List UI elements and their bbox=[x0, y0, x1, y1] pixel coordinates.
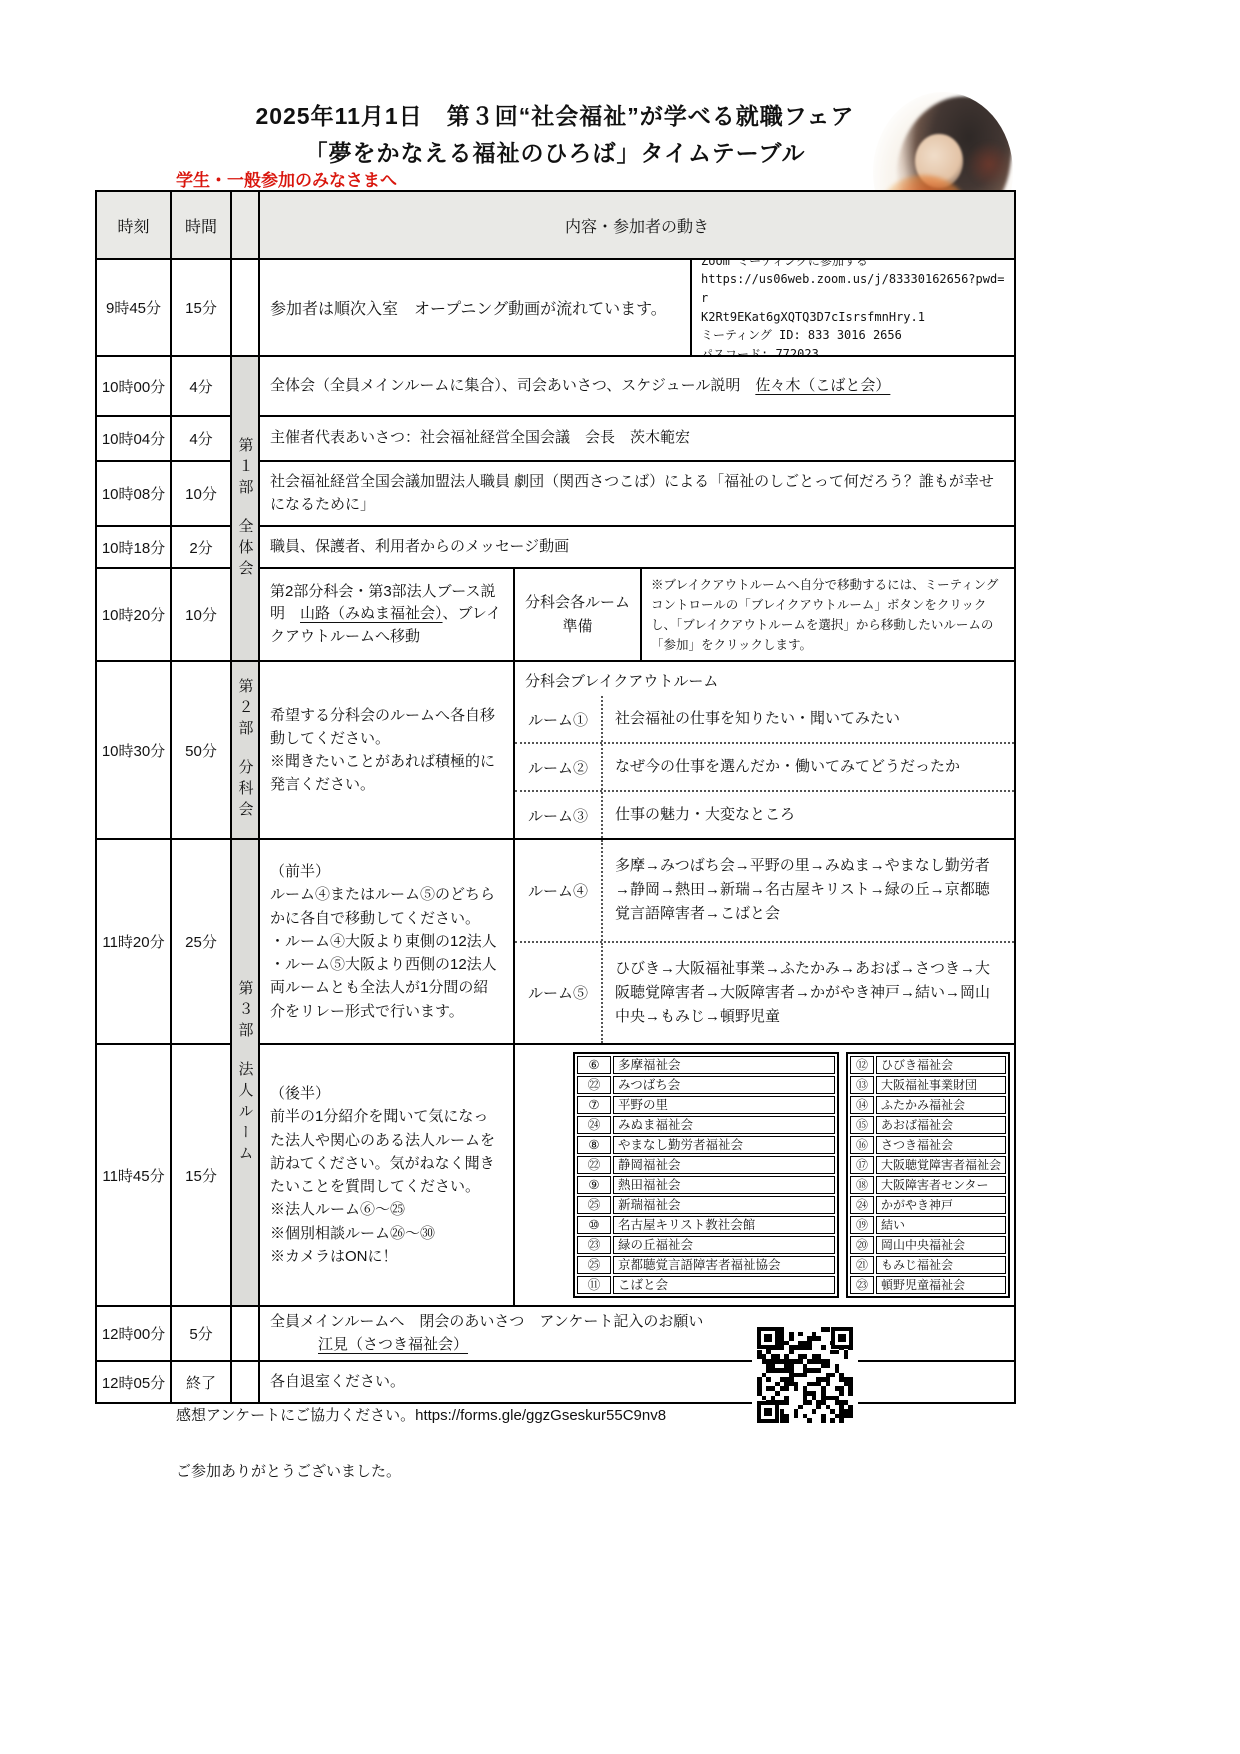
breakout-room-topic: 仕事の魅力・大変なところ bbox=[603, 792, 1014, 838]
portrait-red-splash bbox=[968, 140, 1010, 188]
org-room-table-left: ⑥ 多摩福祉会 ㉒ みつばち会 ⑦ 平野の里 bbox=[573, 1052, 839, 1298]
row-1030-text-line: 希望する分科会のルームへ各自移動してください。 bbox=[270, 704, 503, 751]
org-room-number: ㉓ bbox=[850, 1276, 874, 1294]
row-1200-duration: 5分 bbox=[172, 1307, 232, 1362]
org-room-list-right: ⑫ ひびき福祉会 ⑬ 大阪福祉事業財団 ⑭ ふたかみ福祉会 bbox=[850, 1056, 1006, 1294]
org-room-number: ㉕ bbox=[577, 1196, 611, 1214]
org-room-name: 岡山中央福祉会 bbox=[876, 1236, 1006, 1254]
relay-room-label: ルーム④ bbox=[515, 840, 603, 941]
row-0945-time: 9時45分 bbox=[97, 260, 172, 357]
row-1000-content: 全体会（全員メインルームに集合）、司会あいさつ、スケジュール説明 佐々木（こばと… bbox=[260, 357, 1014, 417]
row-1205-time: 12時05分 bbox=[97, 1362, 172, 1402]
breakout-room-row: ルーム② なぜ今の仕事を選んだか・働いてみてどうだったか bbox=[515, 742, 1014, 790]
org-room-number: ⑳ bbox=[850, 1236, 874, 1254]
row-1145-text-line: （後半） bbox=[270, 1082, 503, 1105]
row-1205-duration: 終了 bbox=[172, 1362, 232, 1402]
org-room-row: ㉕ 京都聴覚言語障害者福祉協会 bbox=[577, 1256, 835, 1274]
org-room-number: ㉓ bbox=[577, 1236, 611, 1254]
org-room-number: ⑮ bbox=[850, 1116, 874, 1134]
timetable-table: 時刻 時間 内容・参加者の動き 9時45分 15分 参加者は順次入室 オープニン… bbox=[95, 190, 1016, 1404]
relay-room-order: ひびき→大阪福祉事業→ふたかみ→あおば→さつき→大阪聴覚障害者→大阪障害者→かが… bbox=[603, 943, 1014, 1044]
org-room-name: やまなし勤労者福祉会 bbox=[613, 1136, 835, 1154]
survey-url-link[interactable]: https://forms.gle/ggzGseskur55C9nv8 bbox=[415, 1407, 666, 1424]
breakout-rooms-header: 分科会ブレイクアウトルーム bbox=[515, 662, 1014, 696]
row-0945-text: 参加者は順次入室 オープニング動画が流れています。 bbox=[260, 260, 690, 355]
org-room-row: ⑳ 岡山中央福祉会 bbox=[850, 1236, 1006, 1254]
row-1120-duration: 25分 bbox=[172, 840, 232, 1045]
org-room-number: ⑨ bbox=[577, 1176, 611, 1194]
org-room-name: 結い bbox=[876, 1216, 1006, 1234]
org-room-row: ⑦ 平野の里 bbox=[577, 1096, 835, 1114]
zoom-meeting-info: Zoom ミーティングに参加する https://us06web.zoom.us… bbox=[690, 260, 1014, 355]
org-room-number: ㉒ bbox=[577, 1076, 611, 1094]
org-room-number: ⑦ bbox=[577, 1096, 611, 1114]
org-room-row: ⑲ 結い bbox=[850, 1216, 1006, 1234]
row-1020-presenter: 山路（みぬま福祉会） bbox=[300, 605, 443, 622]
section-part2-number: 第２部 bbox=[235, 678, 256, 741]
org-room-name: さつき福祉会 bbox=[876, 1136, 1006, 1154]
breakout-room-label: ルーム③ bbox=[515, 792, 603, 838]
org-room-name: 静岡福祉会 bbox=[613, 1156, 835, 1174]
row-1145-text-line: ※法人ルーム⑥～㉕ bbox=[270, 1198, 503, 1221]
column-header-time: 時刻 bbox=[97, 192, 172, 260]
column-header-section bbox=[232, 192, 260, 260]
org-room-table-right: ⑫ ひびき福祉会 ⑬ 大阪福祉事業財団 ⑭ ふたかみ福祉会 bbox=[846, 1052, 1010, 1298]
org-room-number: ⑯ bbox=[850, 1136, 874, 1154]
audience-note: 学生・一般参加のみなさまへ bbox=[176, 166, 397, 191]
org-room-name: 新瑞福祉会 bbox=[613, 1196, 835, 1214]
org-room-row: ⑥ 多摩福祉会 bbox=[577, 1056, 835, 1074]
org-room-name: 京都聴覚言語障害者福祉協会 bbox=[613, 1256, 835, 1274]
relay-room-label: ルーム⑤ bbox=[515, 943, 603, 1044]
row-1018-time: 10時18分 bbox=[97, 527, 172, 569]
row-1008-duration: 10分 bbox=[172, 462, 232, 527]
org-room-name: 平野の里 bbox=[613, 1096, 835, 1114]
row-1018-content: 職員、保護者、利用者からのメッセージ動画 bbox=[260, 527, 1014, 569]
org-room-row: ㉒ みつばち会 bbox=[577, 1076, 835, 1094]
org-room-number: ⑪ bbox=[577, 1276, 611, 1294]
breakout-instruction-note: ※ブレイクアウトルームへ自分で移動するには、ミーティングコントロールの「ブレイク… bbox=[642, 569, 1014, 662]
org-room-number: ㉔ bbox=[577, 1116, 611, 1134]
org-room-number: ⑱ bbox=[850, 1176, 874, 1194]
row-1000-text: 全体会（全員メインルームに集合）、司会あいさつ、スケジュール説明 bbox=[270, 377, 755, 394]
row-1145-text-line: ※カメラはONに！ bbox=[270, 1245, 503, 1268]
org-room-name: ひびき福祉会 bbox=[876, 1056, 1006, 1074]
row-1120-text-line: ・ルーム⑤大阪より西側の12法人 bbox=[270, 953, 503, 976]
org-room-name: あおば福祉会 bbox=[876, 1116, 1006, 1134]
row-1020-room-prep: 分科会各ルーム準備 bbox=[515, 569, 642, 662]
row-0945-content: 参加者は順次入室 オープニング動画が流れています。 Zoom ミーティングに参加… bbox=[260, 260, 1014, 357]
org-room-name: みぬま福祉会 bbox=[613, 1116, 835, 1134]
row-1205-section-spacer bbox=[232, 1362, 260, 1402]
relay-room-row: ルーム⑤ ひびき→大阪福祉事業→ふたかみ→あおば→さつき→大阪聴覚障害者→大阪障… bbox=[515, 941, 1014, 1044]
row-1030-duration: 50分 bbox=[172, 662, 232, 840]
qr-pattern bbox=[757, 1327, 853, 1423]
org-room-name: 頓野児童福祉会 bbox=[876, 1276, 1006, 1294]
org-room-row: ㉒ 静岡福祉会 bbox=[577, 1156, 835, 1174]
section-part3-number: 第３部 bbox=[235, 980, 256, 1043]
org-room-name: 名古屋キリスト教社会館 bbox=[613, 1216, 835, 1234]
org-room-name: 熱田福祉会 bbox=[613, 1176, 835, 1194]
row-1030-time: 10時30分 bbox=[97, 662, 172, 840]
qr-finder-top-left bbox=[757, 1327, 779, 1349]
org-room-row: ㉕ 新瑞福祉会 bbox=[577, 1196, 835, 1214]
org-room-row: ⑰ 大阪聴覚障害者福祉会 bbox=[850, 1156, 1006, 1174]
org-room-number: ㉒ bbox=[577, 1156, 611, 1174]
org-room-number: ㉑ bbox=[850, 1256, 874, 1274]
zoom-meeting-url-line2[interactable]: K2Rt9EKat6gXQTQ3D7cIsrsfmnHry.1 bbox=[701, 308, 1005, 327]
org-room-number: ⑭ bbox=[850, 1096, 874, 1114]
row-1200-time: 12時00分 bbox=[97, 1307, 172, 1362]
relay-rooms-block: ルーム④ 多摩→みつばち会→平野の里→みぬま→やまなし勤労者→静岡→熱田→新瑞→… bbox=[515, 840, 1014, 1045]
breakout-room-topic: なぜ今の仕事を選んだか・働いてみてどうだったか bbox=[603, 744, 1014, 790]
row-1008-time: 10時08分 bbox=[97, 462, 172, 527]
row-1200-section-spacer bbox=[232, 1307, 260, 1362]
org-room-number: ㉕ bbox=[577, 1256, 611, 1274]
section-label-part2: 第２部 分科会 bbox=[232, 662, 260, 840]
row-1200-text: 全員メインルームへ 閉会のあいさつ アンケート記入のお願い bbox=[270, 1311, 1004, 1334]
relay-room-row: ルーム④ 多摩→みつばち会→平野の里→みぬま→やまなし勤労者→静岡→熱田→新瑞→… bbox=[515, 840, 1014, 941]
section-label-part1: 第１部 全体会 bbox=[232, 357, 260, 662]
row-1000-duration: 4分 bbox=[172, 357, 232, 417]
org-room-name: かがやき神戸 bbox=[876, 1196, 1006, 1214]
qr-finder-bottom-left bbox=[757, 1401, 779, 1423]
breakout-room-label: ルーム① bbox=[515, 696, 603, 742]
survey-footer-line: 感想アンケートにご協力ください。https://forms.gle/ggzGse… bbox=[176, 1404, 666, 1425]
org-room-name: もみじ福祉会 bbox=[876, 1256, 1006, 1274]
breakout-rooms-block: 分科会ブレイクアウトルーム ルーム① 社会福祉の仕事を知りたい・聞いてみたい ル… bbox=[515, 662, 1014, 840]
org-room-row: ⑨ 熱田福祉会 bbox=[577, 1176, 835, 1194]
column-header-duration: 時間 bbox=[172, 192, 232, 260]
thanks-footer-line: ご参加ありがとうございました。 bbox=[176, 1460, 401, 1481]
org-room-number: ⑲ bbox=[850, 1216, 874, 1234]
row-1020-time: 10時20分 bbox=[97, 569, 172, 662]
org-room-row: ⑧ やまなし勤労者福祉会 bbox=[577, 1136, 835, 1154]
row-1200-content: 全員メインルームへ 閉会のあいさつ アンケート記入のお願い 江見（さつき福祉会） bbox=[260, 1307, 1014, 1362]
org-room-row: ⑱ 大阪障害者センター bbox=[850, 1176, 1006, 1194]
row-1200-presenter: 江見（さつき福祉会） bbox=[318, 1336, 468, 1353]
row-1205-content: 各自退室ください。 bbox=[260, 1362, 1014, 1402]
org-room-row: ⑩ 名古屋キリスト教社会館 bbox=[577, 1216, 835, 1234]
row-1120-time: 11時20分 bbox=[97, 840, 172, 1045]
row-1120-text-line: （前半） bbox=[270, 860, 503, 883]
org-room-name: みつばち会 bbox=[613, 1076, 835, 1094]
org-room-number: ⑬ bbox=[850, 1076, 874, 1094]
row-1145-text-line: ※個別相談ルーム㉖～㉚ bbox=[270, 1222, 503, 1245]
org-room-row: ㉓ 緑の丘福祉会 bbox=[577, 1236, 835, 1254]
zoom-meeting-id: ミーティング ID: 833 3016 2656 bbox=[701, 326, 1005, 345]
org-room-name: 多摩福祉会 bbox=[613, 1056, 835, 1074]
org-room-row: ⑬ 大阪福祉事業財団 bbox=[850, 1076, 1006, 1094]
row-1004-time: 10時04分 bbox=[97, 417, 172, 462]
org-room-number: ⑰ bbox=[850, 1156, 874, 1174]
row-1120-text-line: 両ルームとも全法人が1分間の紹介をリレー形式で行います。 bbox=[270, 976, 503, 1023]
org-room-row: ㉔ みぬま福祉会 bbox=[577, 1116, 835, 1134]
row-1145-time: 11時45分 bbox=[97, 1045, 172, 1307]
breakout-room-list: ルーム① 社会福祉の仕事を知りたい・聞いてみたい ルーム② なぜ今の仕事を選んだ… bbox=[515, 696, 1014, 838]
row-1004-content: 主催者代表あいさつ：社会福祉経営全国会議 会長 茨木範宏 bbox=[260, 417, 1014, 462]
org-room-name: こばと会 bbox=[613, 1276, 835, 1294]
org-room-name: ふたかみ福祉会 bbox=[876, 1096, 1006, 1114]
org-room-row: ㉓ 頓野児童福祉会 bbox=[850, 1276, 1006, 1294]
row-1120-text-line: ルーム④またはルーム⑤のどちらかに各自で移動してください。 bbox=[270, 883, 503, 930]
org-room-number: ⑩ bbox=[577, 1216, 611, 1234]
org-room-list-left: ⑥ 多摩福祉会 ㉒ みつばち会 ⑦ 平野の里 bbox=[577, 1056, 835, 1294]
row-1145-duration: 15分 bbox=[172, 1045, 232, 1307]
org-room-row: ⑭ ふたかみ福祉会 bbox=[850, 1096, 1006, 1114]
title-line-1: 2025年11月1日 第３回“社会福祉”が学べる就職フェア bbox=[95, 98, 1015, 135]
org-room-row: ⑮ あおば福祉会 bbox=[850, 1116, 1006, 1134]
breakout-room-row: ルーム① 社会福祉の仕事を知りたい・聞いてみたい bbox=[515, 696, 1014, 742]
breakout-room-row: ルーム③ 仕事の魅力・大変なところ bbox=[515, 790, 1014, 838]
relay-room-order: 多摩→みつばち会→平野の里→みぬま→やまなし勤労者→静岡→熱田→新瑞→名古屋キリ… bbox=[603, 840, 1014, 941]
row-1004-duration: 4分 bbox=[172, 417, 232, 462]
column-header-content: 内容・参加者の動き bbox=[260, 192, 1014, 260]
breakout-room-label: ルーム② bbox=[515, 744, 603, 790]
row-0945-duration: 15分 bbox=[172, 260, 232, 357]
row-1120-content: （前半）ルーム④またはルーム⑤のどちらかに各自で移動してください。・ルーム④大阪… bbox=[260, 840, 515, 1045]
row-1120-text-line: ・ルーム④大阪より東側の12法人 bbox=[270, 930, 503, 953]
row-1030-content: 希望する分科会のルームへ各自移動してください。※聞きたいことがあれば積極的に発言… bbox=[260, 662, 515, 840]
org-room-row: ⑪ こばと会 bbox=[577, 1276, 835, 1294]
row-1020-duration: 10分 bbox=[172, 569, 232, 662]
survey-request-text: 感想アンケートにご協力ください。 bbox=[176, 1407, 415, 1424]
org-room-name: 緑の丘福祉会 bbox=[613, 1236, 835, 1254]
row-1030-text-line: ※聞きたいことがあれば積極的に発言ください。 bbox=[270, 750, 503, 797]
org-room-name: 大阪障害者センター bbox=[876, 1176, 1006, 1194]
row-1020-content: 第2部分科会・第3部法人ブース説明 山路（みぬま福祉会）、ブレイクアウトルームへ… bbox=[260, 569, 515, 662]
timetable-page: 2025年11月1日 第３回“社会福祉”が学べる就職フェア 「夢をかなえる福祉の… bbox=[0, 0, 1240, 1754]
qr-module bbox=[848, 1418, 853, 1423]
org-room-row: ㉔ かがやき神戸 bbox=[850, 1196, 1006, 1214]
survey-qr-code bbox=[752, 1322, 858, 1428]
row-1000-presenter: 佐々木（こばと会） bbox=[755, 377, 890, 394]
org-room-name: 大阪福祉事業財団 bbox=[876, 1076, 1006, 1094]
section-label-part3: 第３部 法人ルーム bbox=[232, 840, 260, 1307]
section-part1-number: 第１部 bbox=[235, 437, 256, 500]
zoom-join-label: Zoom ミーティングに参加する bbox=[701, 260, 1005, 270]
row-1008-content: 社会福祉経営全国会議加盟法人職員 劇団（関西さつこば）による「福祉のしごとって何… bbox=[260, 462, 1014, 527]
org-room-number: ⑫ bbox=[850, 1056, 874, 1074]
section-part1-name: 全体会 bbox=[235, 518, 256, 581]
zoom-meeting-url-line1[interactable]: https://us06web.zoom.us/j/83330162656?pw… bbox=[701, 270, 1005, 307]
org-room-row: ⑯ さつき福祉会 bbox=[850, 1136, 1006, 1154]
breakout-room-topic: 社会福祉の仕事を知りたい・聞いてみたい bbox=[603, 696, 1014, 742]
section-part3-name: 法人ルーム bbox=[235, 1061, 256, 1166]
row-0945-section-spacer bbox=[232, 260, 260, 357]
row-1145-content: （後半）前半の1分紹介を聞いて気になった法人や関心のある法人ルームを訪ねてくださ… bbox=[260, 1045, 515, 1307]
section-part2-name: 分科会 bbox=[235, 759, 256, 822]
row-1000-time: 10時00分 bbox=[97, 357, 172, 417]
org-room-row: ㉑ もみじ福祉会 bbox=[850, 1256, 1006, 1274]
qr-finder-top-right bbox=[831, 1327, 853, 1349]
zoom-passcode: パスコード: 772023 bbox=[701, 345, 1005, 357]
org-room-number: ⑥ bbox=[577, 1056, 611, 1074]
org-room-name: 大阪聴覚障害者福祉会 bbox=[876, 1156, 1006, 1174]
row-1018-duration: 2分 bbox=[172, 527, 232, 569]
row-1145-text-line: 前半の1分紹介を聞いて気になった法人や関心のある法人ルームを訪ねてください。気が… bbox=[270, 1105, 503, 1198]
org-room-row: ⑫ ひびき福祉会 bbox=[850, 1056, 1006, 1074]
org-room-number: ⑧ bbox=[577, 1136, 611, 1154]
org-room-number: ㉔ bbox=[850, 1196, 874, 1214]
org-rooms-block: ⑥ 多摩福祉会 ㉒ みつばち会 ⑦ 平野の里 bbox=[515, 1045, 1014, 1307]
